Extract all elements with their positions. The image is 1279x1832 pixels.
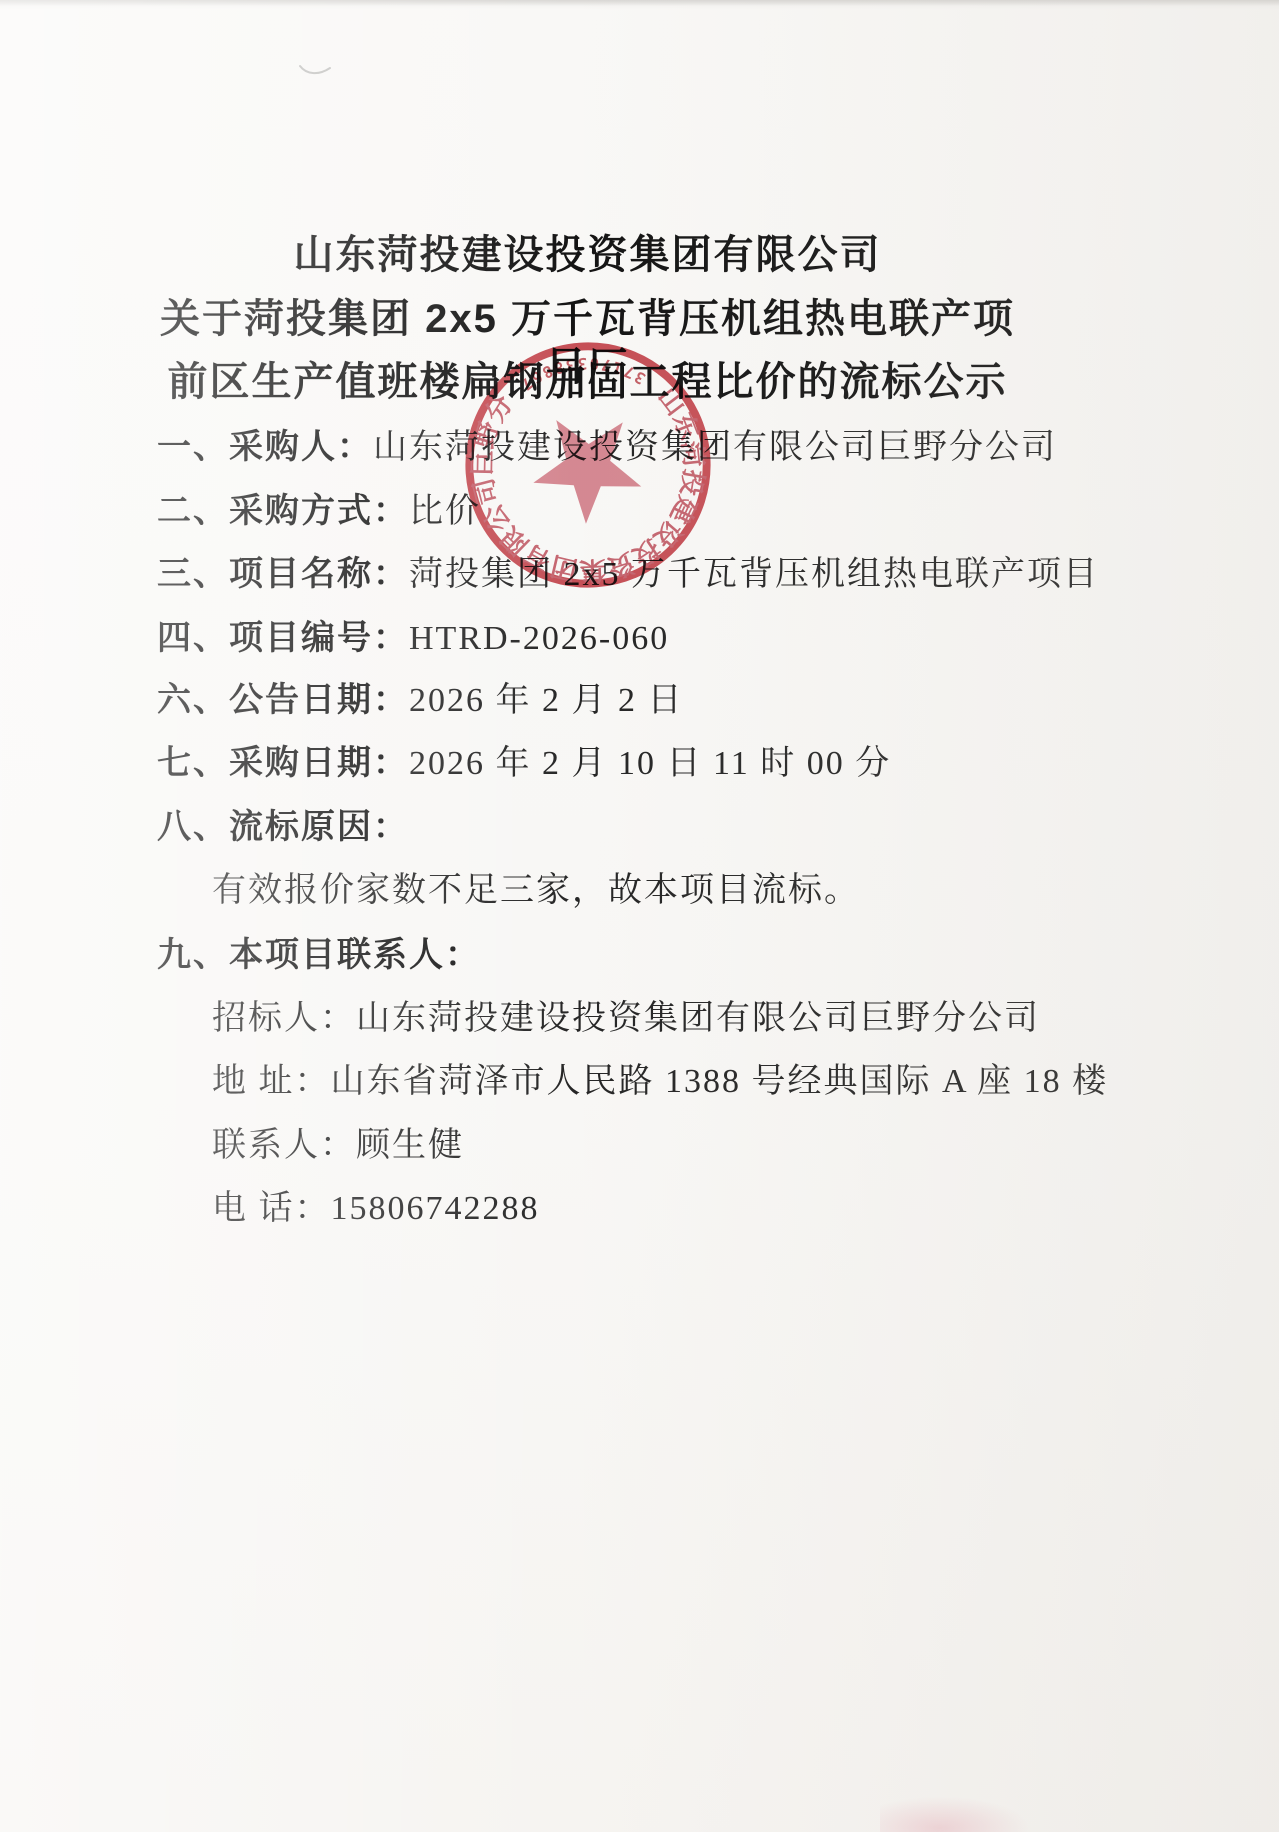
list-item-fail-reason-heading: 八、流标原因： xyxy=(157,806,409,850)
list-item-buyer: 一、采购人：山东菏投建设投资集团有限公司巨野分公司 xyxy=(157,426,1057,470)
item-value: 2026 年 2 月 2 日 xyxy=(409,682,684,719)
contact-label: 招标人： xyxy=(212,1000,356,1037)
item-value: 2026 年 2 月 10 日 11 时 00 分 xyxy=(409,745,891,782)
contact-line-person: 联系人：顾生健 xyxy=(212,1124,464,1168)
item-label: 六、公告日期： xyxy=(157,682,409,719)
contact-label: 联系人： xyxy=(212,1127,356,1164)
document-title-line1: 山东菏投建设投资集团有限公司 xyxy=(140,231,1035,279)
scan-ink-smudge xyxy=(880,1796,1030,1832)
scan-edge-shadow xyxy=(0,0,1279,6)
item-label: 四、项目编号： xyxy=(157,620,409,657)
item-value: 山东菏投建设投资集团有限公司巨野分公司 xyxy=(373,429,1057,466)
contact-value: 15806742288 xyxy=(331,1190,540,1227)
item-label: 七、采购日期： xyxy=(157,745,409,782)
contact-line-address: 地 址：山东省菏泽市人民路 1388 号经典国际 A 座 18 楼 xyxy=(212,1060,1108,1104)
contact-line-phone: 电 话：15806742288 xyxy=(212,1187,540,1231)
scanned-document-page: 山东菏投建设投资集团有限公司 关于菏投集团 2x5 万千瓦背压机组热电联产项目厂… xyxy=(0,0,1279,1832)
document-title-line3: 前区生产值班楼扁钢加固工程比价的流标公示 xyxy=(140,358,1035,406)
item-label: 二、采购方式： xyxy=(157,493,409,530)
contact-label: 电 话： xyxy=(212,1190,331,1227)
list-item-method: 二、采购方式：比价 xyxy=(157,490,481,534)
contact-label: 地 址： xyxy=(212,1063,331,1100)
scan-artifact-mark xyxy=(296,58,336,82)
list-item-announce-date: 六、公告日期：2026 年 2 月 2 日 xyxy=(157,679,684,723)
list-item-purchase-date: 七、采购日期：2026 年 2 月 10 日 11 时 00 分 xyxy=(157,742,891,786)
item-value: 菏投集团 2x5 万千瓦背压机组热电联产项目 xyxy=(409,556,1099,593)
list-item-project-name: 三、项目名称：菏投集团 2x5 万千瓦背压机组热电联产项目 xyxy=(157,553,1099,597)
list-item-contacts-heading: 九、本项目联系人： xyxy=(157,934,481,978)
item-label: 一、采购人： xyxy=(157,429,373,466)
contact-line-tenderer: 招标人：山东菏投建设投资集团有限公司巨野分公司 xyxy=(212,997,1040,1041)
contact-value: 山东省菏泽市人民路 1388 号经典国际 A 座 18 楼 xyxy=(331,1063,1109,1100)
list-item-project-number: 四、项目编号：HTRD-2026-060 xyxy=(157,617,669,661)
contact-value: 山东菏投建设投资集团有限公司巨野分公司 xyxy=(356,1000,1040,1037)
item-value: HTRD-2026-060 xyxy=(409,620,669,657)
contact-value: 顾生健 xyxy=(356,1127,464,1164)
item-label: 三、项目名称： xyxy=(157,556,409,593)
fail-reason-paragraph: 有效报价家数不足三家，故本项目流标。 xyxy=(212,869,860,913)
item-label: 八、流标原因： xyxy=(157,809,409,846)
item-value: 比价 xyxy=(409,493,481,530)
